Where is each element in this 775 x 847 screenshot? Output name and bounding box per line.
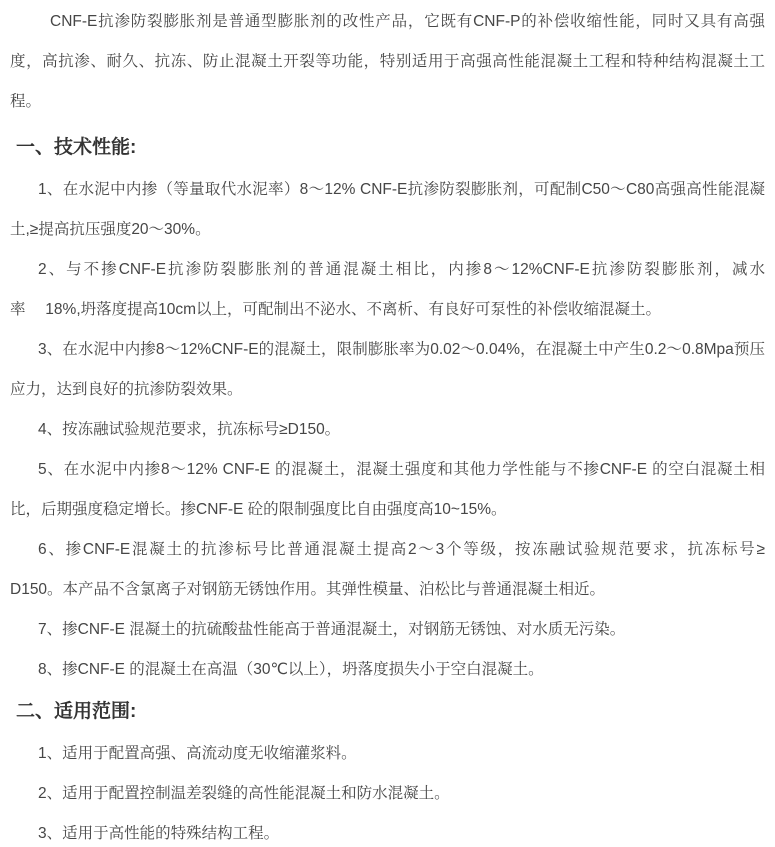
text-line: D150。本产品不含氯离子对钢筋无锈蚀作用。其弹性模量、泊松比与普通混凝土相近。: [10, 570, 765, 610]
scope-item-2: 2、适用于配置控制温差裂缝的高性能混凝土和防水混凝土。: [10, 774, 765, 814]
scope-item-3: 3、适用于高性能的特殊结构工程。: [10, 814, 765, 847]
text-line: 1、在水泥中内掺（等量取代水泥率）8～12% CNF-E抗渗防裂膨胀剂，可配制C…: [10, 170, 765, 210]
tech-item-5: 5、在水泥中内掺8～12% CNF-E 的混凝土，混凝土强度和其他力学性能与不掺…: [10, 450, 765, 530]
text-line: 2、与不掺CNF-E抗渗防裂膨胀剂的普通混凝土相比，内掺8～12%CNF-E抗渗…: [10, 250, 765, 290]
tech-item-7: 7、掺CNF-E 混凝土的抗硫酸盐性能高于普通混凝土，对钢筋无锈蚀、对水质无污染…: [10, 610, 765, 650]
intro-paragraph: CNF-E抗渗防裂膨胀剂是普通型膨胀剂的改性产品，它既有CNF-P的补偿收缩性能…: [10, 2, 765, 122]
text-line: 程。: [10, 82, 765, 122]
section-heading-technical-performance: 一、技术性能:: [10, 126, 765, 170]
text-line: 度，高抗渗、耐久、抗冻、防止混凝土开裂等功能，特别适用于高强高性能混凝土工程和特…: [10, 42, 765, 82]
scope-item-1: 1、适用于配置高强、高流动度无收缩灌浆料。: [10, 734, 765, 774]
text-line: 8、掺CNF-E 的混凝土在高温（30℃以上），坍落度损失小于空白混凝土。: [10, 650, 765, 690]
tech-item-1: 1、在水泥中内掺（等量取代水泥率）8～12% CNF-E抗渗防裂膨胀剂，可配制C…: [10, 170, 765, 250]
text-line: 7、掺CNF-E 混凝土的抗硫酸盐性能高于普通混凝土，对钢筋无锈蚀、对水质无污染…: [10, 610, 765, 650]
text-line: 3、适用于高性能的特殊结构工程。: [10, 814, 765, 847]
tech-item-2: 2、与不掺CNF-E抗渗防裂膨胀剂的普通混凝土相比，内掺8～12%CNF-E抗渗…: [10, 250, 765, 330]
tech-item-3: 3、在水泥中内掺8～12%CNF-E的混凝土，限制膨胀率为0.02～0.04%，…: [10, 330, 765, 410]
text-line: 比，后期强度稳定增长。掺CNF-E 砼的限制强度比自由强度高10~15%。: [10, 490, 765, 530]
text-line: 2、适用于配置控制温差裂缝的高性能混凝土和防水混凝土。: [10, 774, 765, 814]
text-line: 6、掺CNF-E混凝土的抗渗标号比普通混凝土提高2～3个等级，按冻融试验规范要求…: [10, 530, 765, 570]
tech-item-8: 8、掺CNF-E 的混凝土在高温（30℃以上），坍落度损失小于空白混凝土。: [10, 650, 765, 690]
text-line: CNF-E抗渗防裂膨胀剂是普通型膨胀剂的改性产品，它既有CNF-P的补偿收缩性能…: [10, 2, 765, 42]
text-line: 1、适用于配置高强、高流动度无收缩灌浆料。: [10, 734, 765, 774]
text-line: 3、在水泥中内掺8～12%CNF-E的混凝土，限制膨胀率为0.02～0.04%，…: [10, 330, 765, 370]
tech-item-4: 4、按冻融试验规范要求，抗冻标号≥D150。: [10, 410, 765, 450]
text-line: 土,≥提高抗压强度20～30%。: [10, 210, 765, 250]
text-line: 4、按冻融试验规范要求，抗冻标号≥D150。: [10, 410, 765, 450]
tech-item-6: 6、掺CNF-E混凝土的抗渗标号比普通混凝土提高2～3个等级，按冻融试验规范要求…: [10, 530, 765, 610]
text-line: 率 18%,坍落度提高10cm以上，可配制出不泌水、不离析、有良好可泵性的补偿收…: [10, 290, 765, 330]
section-heading-applicable-scope: 二、适用范围:: [10, 690, 765, 734]
document-page: CNF-E抗渗防裂膨胀剂是普通型膨胀剂的改性产品，它既有CNF-P的补偿收缩性能…: [0, 0, 775, 847]
text-line: 5、在水泥中内掺8～12% CNF-E 的混凝土，混凝土强度和其他力学性能与不掺…: [10, 450, 765, 490]
text-line: 应力，达到良好的抗渗防裂效果。: [10, 370, 765, 410]
